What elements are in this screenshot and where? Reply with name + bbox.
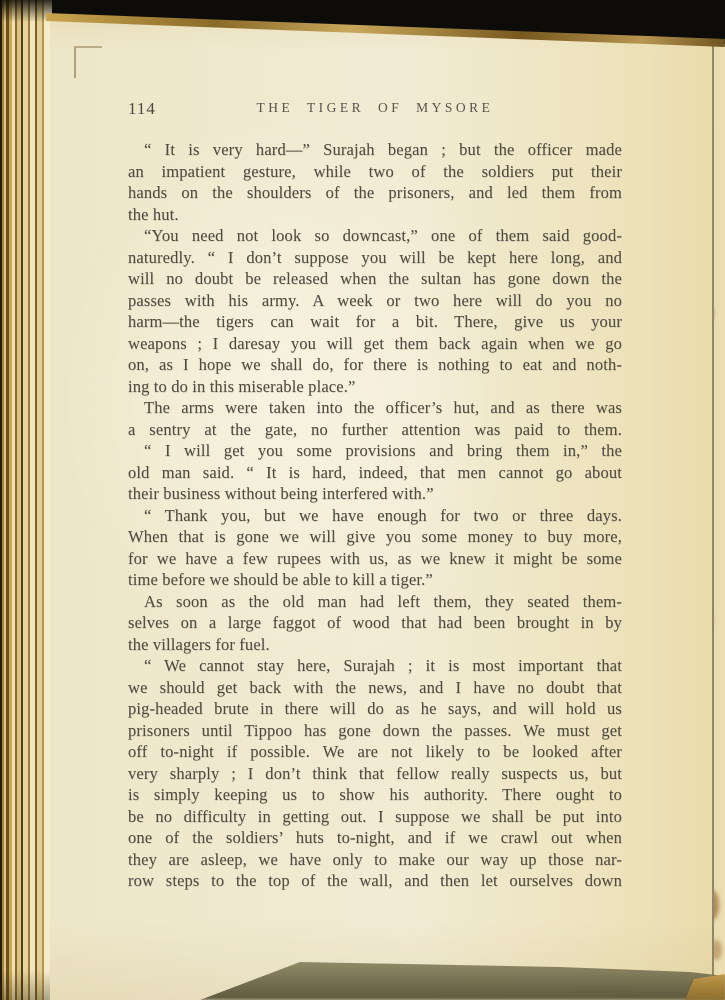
page-number: 114 — [128, 99, 156, 119]
text-line: hands on the shoulders of the prisoners,… — [128, 182, 622, 204]
book-page-edges — [0, 0, 52, 1000]
text-line: When that is gone we will give you some … — [128, 526, 622, 548]
paragraph: “ Thank you, but we have enough for two … — [128, 505, 622, 591]
book-page: 114 THE TIGER OF MYSORE “ It is very har… — [50, 0, 714, 1000]
text-line: weapons ; I daresay you will get them ba… — [128, 333, 622, 355]
text-line: The arms were taken into the officer’s h… — [128, 397, 622, 419]
text-line: be no difficulty in getting out. I suppo… — [128, 806, 622, 828]
text-line: harm—the tigers can wait for a bit. Ther… — [128, 311, 622, 333]
text-line: “ I will get you some provisions and bri… — [128, 440, 622, 462]
text-line: will no doubt be released when the sulta… — [128, 268, 622, 290]
text-line: is simply keeping us to show his authori… — [128, 784, 622, 806]
text-line: the villagers for fuel. — [128, 634, 622, 656]
text-line: we should get back with the news, and I … — [128, 677, 622, 699]
text-line: selves on a large faggot of wood that ha… — [128, 612, 622, 634]
text-line: row steps to the top of the wall, and th… — [128, 870, 622, 892]
paragraph: “You need not look so downcast,” one of … — [128, 225, 622, 397]
text-line: on, as I hope we shall do, for there is … — [128, 354, 622, 376]
text-line: “You need not look so downcast,” one of … — [128, 225, 622, 247]
text-line: for we have a few rupees with us, as we … — [128, 548, 622, 570]
text-line: one of the soldiers’ huts to-night, and … — [128, 827, 622, 849]
text-line: naturedly. “ I don’t suppose you will be… — [128, 247, 622, 269]
running-head: 114 THE TIGER OF MYSORE — [128, 99, 622, 116]
text-line: “ Thank you, but we have enough for two … — [128, 505, 622, 527]
paragraph: “ I will get you some provisions and bri… — [128, 440, 622, 505]
text-line: time before we should be able to kill a … — [128, 569, 622, 591]
text-line: they are asleep, we have only to make ou… — [128, 849, 622, 871]
page-corner-crease — [74, 46, 102, 78]
text-line: their business without being interfered … — [128, 483, 622, 505]
text-line: the hut. — [128, 204, 622, 226]
book-photo: 114 THE TIGER OF MYSORE “ It is very har… — [0, 0, 725, 1000]
printed-content: 114 THE TIGER OF MYSORE “ It is very har… — [128, 99, 622, 892]
text-line: “ It is very hard—” Surajah began ; but … — [128, 139, 622, 161]
text-line: prisoners until Tippoo has gone down the… — [128, 720, 622, 742]
text-line: an impatient gesture, while two of the s… — [128, 161, 622, 183]
paragraph: “ We cannot stay here, Surajah ; it is m… — [128, 655, 622, 892]
paragraph: As soon as the old man had left them, th… — [128, 591, 622, 656]
text-line: As soon as the old man had left them, th… — [128, 591, 622, 613]
paragraph: “ It is very hard—” Surajah began ; but … — [128, 139, 622, 225]
running-title: THE TIGER OF MYSORE — [257, 100, 494, 115]
paragraph: The arms were taken into the officer’s h… — [128, 397, 622, 440]
text-line: a sentry at the gate, no further attenti… — [128, 419, 622, 441]
text-line: very sharply ; I don’t think that fellow… — [128, 763, 622, 785]
text-line: passes with his army. A week or two here… — [128, 290, 622, 312]
page-text: “ It is very hard—” Surajah began ; but … — [128, 139, 622, 892]
text-line: ing to do in this miserable place.” — [128, 376, 622, 398]
text-line: old man said. “ It is hard, indeed, that… — [128, 462, 622, 484]
text-line: pig-headed brute in there will do as he … — [128, 698, 622, 720]
text-line: “ We cannot stay here, Surajah ; it is m… — [128, 655, 622, 677]
text-line: off to-night if possible. We are not lik… — [128, 741, 622, 763]
